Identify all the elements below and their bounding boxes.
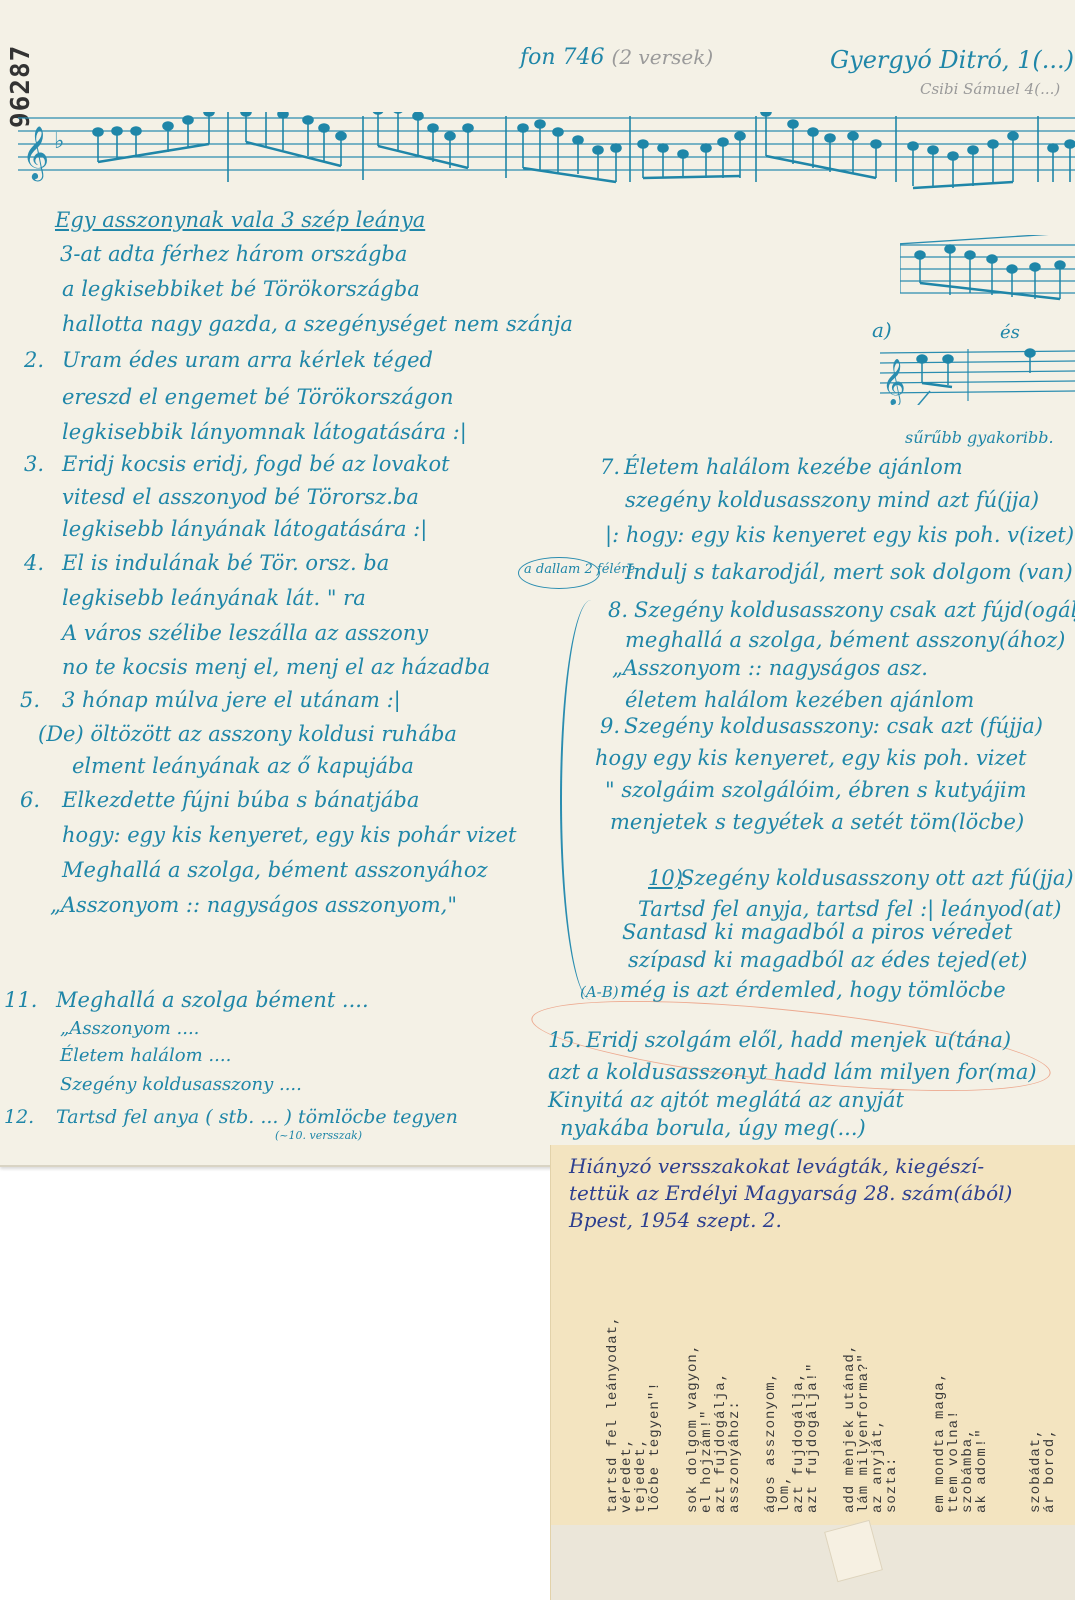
- variant-label: a): [872, 318, 892, 342]
- verse-line: no te kocsis menj el, menj el az házadba: [62, 657, 490, 678]
- verse-line: 15.Eridj szolgám elől, hadd menjek u(tán…: [548, 1030, 1011, 1051]
- verse-line: meghallá a szolga, bément asszony(ához): [625, 630, 1065, 651]
- stanza-number: 15.: [548, 1030, 586, 1051]
- manuscript-sheet: 96287 fon 746 (2 versek) Gyergyó Ditró, …: [0, 0, 1075, 1167]
- verse-line: hogy: egy kis kenyeret, egy kis pohár vi…: [62, 825, 516, 846]
- verse-line: 7.Életem halálom kezébe ajánlom: [600, 457, 963, 478]
- stanza-number: 7.: [600, 457, 624, 478]
- stanza-number: 2.: [24, 350, 62, 371]
- verse-line: hallotta nagy gazda, a szegénységet nem …: [62, 314, 573, 335]
- verse-line: 3-at adta férhez három országba: [60, 244, 407, 265]
- verse-line: azt a koldusasszonyt hadd lám milyen for…: [548, 1062, 1037, 1083]
- card-handwritten-note: Hiányzó versszakokat levágták, kiegészí-…: [569, 1153, 1012, 1234]
- verse-line: „Asszonyom ....: [60, 1020, 199, 1038]
- stanza-number: 11.: [4, 990, 56, 1011]
- verse-line: hogy egy kis kenyeret, egy kis poh. vize…: [595, 748, 1026, 769]
- verse-line: vitesd el asszonyod bé Törorsz.ba: [62, 487, 419, 508]
- verse-line: Santasd ki magadból a piros véredet: [622, 922, 1012, 943]
- verse-line: életem halálom kezében ajánlom: [625, 690, 974, 711]
- typed-stanza: szobádat, ár borod,: [1029, 1263, 1057, 1513]
- stanza-number: (A-B): [580, 985, 620, 1000]
- verse-line: 3.Eridj kocsis eridj, fogd bé az lovakot: [24, 454, 450, 475]
- verse-line: ereszd el engemet bé Törökországon: [62, 387, 454, 408]
- verse-line: 6.Elkezdette fújni búba s bánatjába: [20, 790, 419, 811]
- treble-clef-icon: 𝄞: [22, 125, 49, 181]
- stanza-number: 4.: [24, 553, 62, 574]
- verse-line: (A-B)még is azt érdemled, hogy tömlöcbe: [580, 980, 1006, 1001]
- verse-line: 11.Meghallá a szolga bément ....: [4, 990, 369, 1011]
- typed-stanza: sok dolgom vagyon, el hojzám!" azt fujdo…: [686, 1263, 742, 1513]
- treble-clef-icon: 𝄞: [882, 359, 906, 405]
- verse-line: (De) öltözött az asszony koldusi ruhába: [38, 724, 457, 745]
- variant-connector: és: [1000, 322, 1020, 343]
- typed-stanza: tartsd fel leányodat, véredet, tejedet, …: [606, 1263, 662, 1513]
- recording-reference: fon 746 (2 versek): [520, 45, 713, 70]
- stanza-number: 8.: [608, 600, 634, 621]
- card-lower-strip: [551, 1525, 1075, 1600]
- reference-pencil-note: (2 versek): [612, 45, 714, 69]
- flat-sign-icon: ♭: [54, 129, 64, 154]
- music-staff-main: 𝄞 ♭: [18, 112, 1075, 192]
- music-staff-variant: [900, 235, 1075, 305]
- verse-line: nyakába borula, úgy meg(...): [560, 1118, 866, 1139]
- verse-line: szegény koldusasszony mind azt fú(jja): [625, 490, 1039, 511]
- informant-name: Csibi Sámuel 4(...): [920, 80, 1060, 98]
- stanza-number: 10): [648, 868, 680, 889]
- verse-line: |: hogy: egy kis kenyeret egy kis poh. v…: [605, 525, 1074, 546]
- verse-line: 10)Szegény koldusasszony ott azt fú(jja): [648, 868, 1074, 889]
- stanza-number: 9.: [600, 716, 624, 737]
- verse-line: szípasd ki magadból az édes tejed(et): [628, 950, 1027, 971]
- verse-line: legkisebb leányának lát. " ra: [62, 588, 366, 609]
- music-staff-example-a: 𝄞: [880, 345, 1075, 405]
- typed-stanza: em mondta maga, ttem volna! szobámba, ak…: [933, 1263, 989, 1513]
- attached-typed-card: Hiányzó versszakokat levágták, kiegészí-…: [550, 1145, 1075, 1600]
- verse-line: „Asszonyom :: nagyságos asszonyom,": [50, 895, 457, 916]
- verse-line: 5.3 hónap múlva jere el utánam :|: [20, 690, 401, 711]
- stanza-number: 5.: [20, 690, 62, 711]
- verse-line: Szegény koldusasszony ....: [60, 1076, 302, 1094]
- verse-line: legkisebb lányának látogatására :|: [62, 519, 427, 540]
- verse-line: menjetek s tegyétek a setét töm(löcbe): [610, 812, 1024, 833]
- variant-note: sűrűbb gyakoribb.: [905, 428, 1054, 447]
- verse-line: „Asszonyom :: nagyságos asz.: [612, 658, 928, 679]
- typed-stanza: add mènjek utánad, lám milyenforma?" az …: [843, 1263, 899, 1513]
- verse-line: Tartsd fel anyja, tartsd fel :| leányod(…: [638, 899, 1061, 920]
- verse-line: 4.El is indulának bé Tör. orsz. ba: [24, 553, 389, 574]
- verse-line: Egy asszonynak vala 3 szép leánya: [55, 210, 425, 231]
- verse-line: Meghallá a szolga, bément asszonyához: [62, 860, 488, 881]
- verse-line: 9.Szegény koldusasszony: csak azt (fújja…: [600, 716, 1043, 737]
- verse-line: Indulj s takarodjál, mert sok dolgom (va…: [625, 562, 1073, 583]
- typed-stanza: ágos asszonyom, lom, azt fujdogálja, azt…: [764, 1263, 820, 1513]
- stanza-number: 6.: [20, 790, 62, 811]
- circled-annotation-text: a dallam 2 félére: [524, 563, 635, 576]
- verse-line: a legkisebbiket bé Törökországba: [62, 279, 420, 300]
- verse-line: Kinyitá az ajtót meglátá az anyját: [548, 1090, 904, 1111]
- verse-subnote: (~10. versszak): [275, 1130, 362, 1141]
- verse-line: 12.Tartsd fel anya ( stb. ... ) tömlöcbe…: [4, 1108, 458, 1127]
- verse-line: 8.Szegény koldusasszony csak azt fújd(og…: [608, 600, 1075, 621]
- verse-line: Életem halálom ....: [60, 1047, 231, 1065]
- stanza-number: 3.: [24, 454, 62, 475]
- stanza-number: 12.: [4, 1108, 56, 1127]
- verse-line: A város szélibe leszálla az asszony: [62, 623, 428, 644]
- verse-line: elment leányának az ő kapujába: [72, 756, 414, 777]
- verse-line: 2.Uram édes uram arra kérlek téged: [24, 350, 433, 371]
- verse-line: legkisebbik lányomnak látogatására :|: [62, 422, 467, 443]
- verse-line: " szolgáim szolgálóim, ébren s kutyájim: [605, 780, 1027, 801]
- collection-place: Gyergyó Ditró, 1(...): [830, 46, 1074, 74]
- reference-code: fon 746: [520, 45, 605, 70]
